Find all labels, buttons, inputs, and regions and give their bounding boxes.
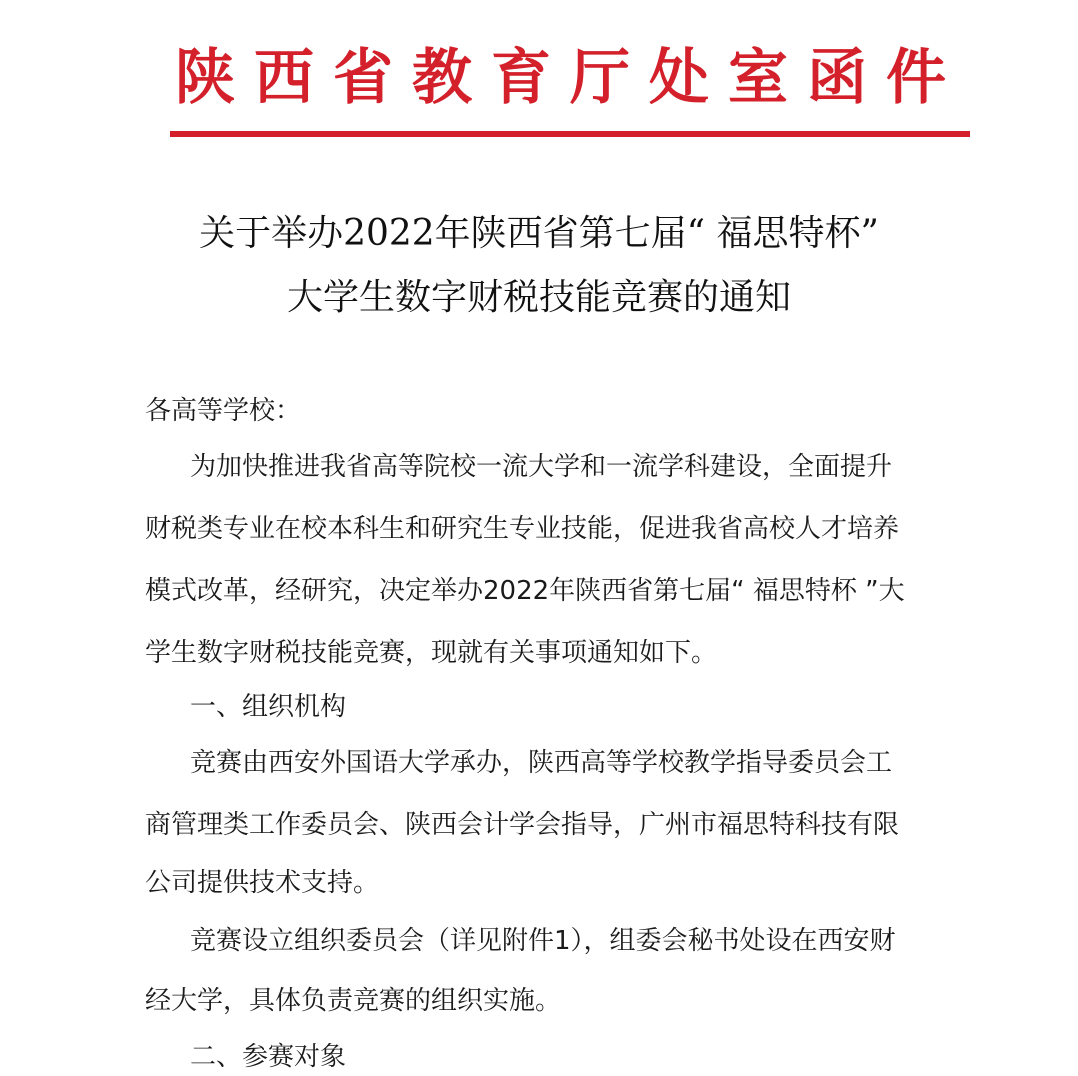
paragraph-line: 经大学，具体负责竞赛的组织实施。 [145, 984, 561, 1018]
document-title-line-1: 关于举办2022年陕西省第七届“ 福思特杯” [100, 212, 978, 256]
paragraph-line: 为加快推进我省高等院校一流大学和一流学科建设，全面提升 [190, 450, 892, 484]
letterhead-red-rule [170, 131, 970, 137]
paragraph-line: 竞赛设立组织委员会（详见附件1），组委会秘书处设在西安财 [190, 924, 896, 958]
letterhead-title: 陕西省教育厅处室函件 [170, 40, 970, 116]
paragraph-line: 公司提供技术支持。 [145, 866, 379, 900]
paragraph-line: 学生数字财税技能竞赛，现就有关事项通知如下。 [145, 636, 717, 670]
paragraph-line: 财税类专业在校本科生和研究生专业技能，促进我省高校人才培养 [145, 512, 899, 546]
section-heading-organization: 一、组织机构 [190, 690, 346, 724]
paragraph-line: 模式改革，经研究，决定举办2022年陕西省第七届“ 福思特杯 ”大 [145, 574, 905, 608]
salutation: 各高等学校： [145, 394, 301, 428]
document-title-line-2: 大学生数字财税技能竞赛的通知 [100, 276, 978, 320]
section-heading-participants: 二、参赛对象 [190, 1040, 346, 1074]
paragraph-line: 竞赛由西安外国语大学承办，陕西高等学校教学指导委员会工 [190, 746, 892, 780]
paragraph-line: 商管理类工作委员会、陕西会计学会指导，广州市福思特科技有限 [145, 808, 899, 842]
